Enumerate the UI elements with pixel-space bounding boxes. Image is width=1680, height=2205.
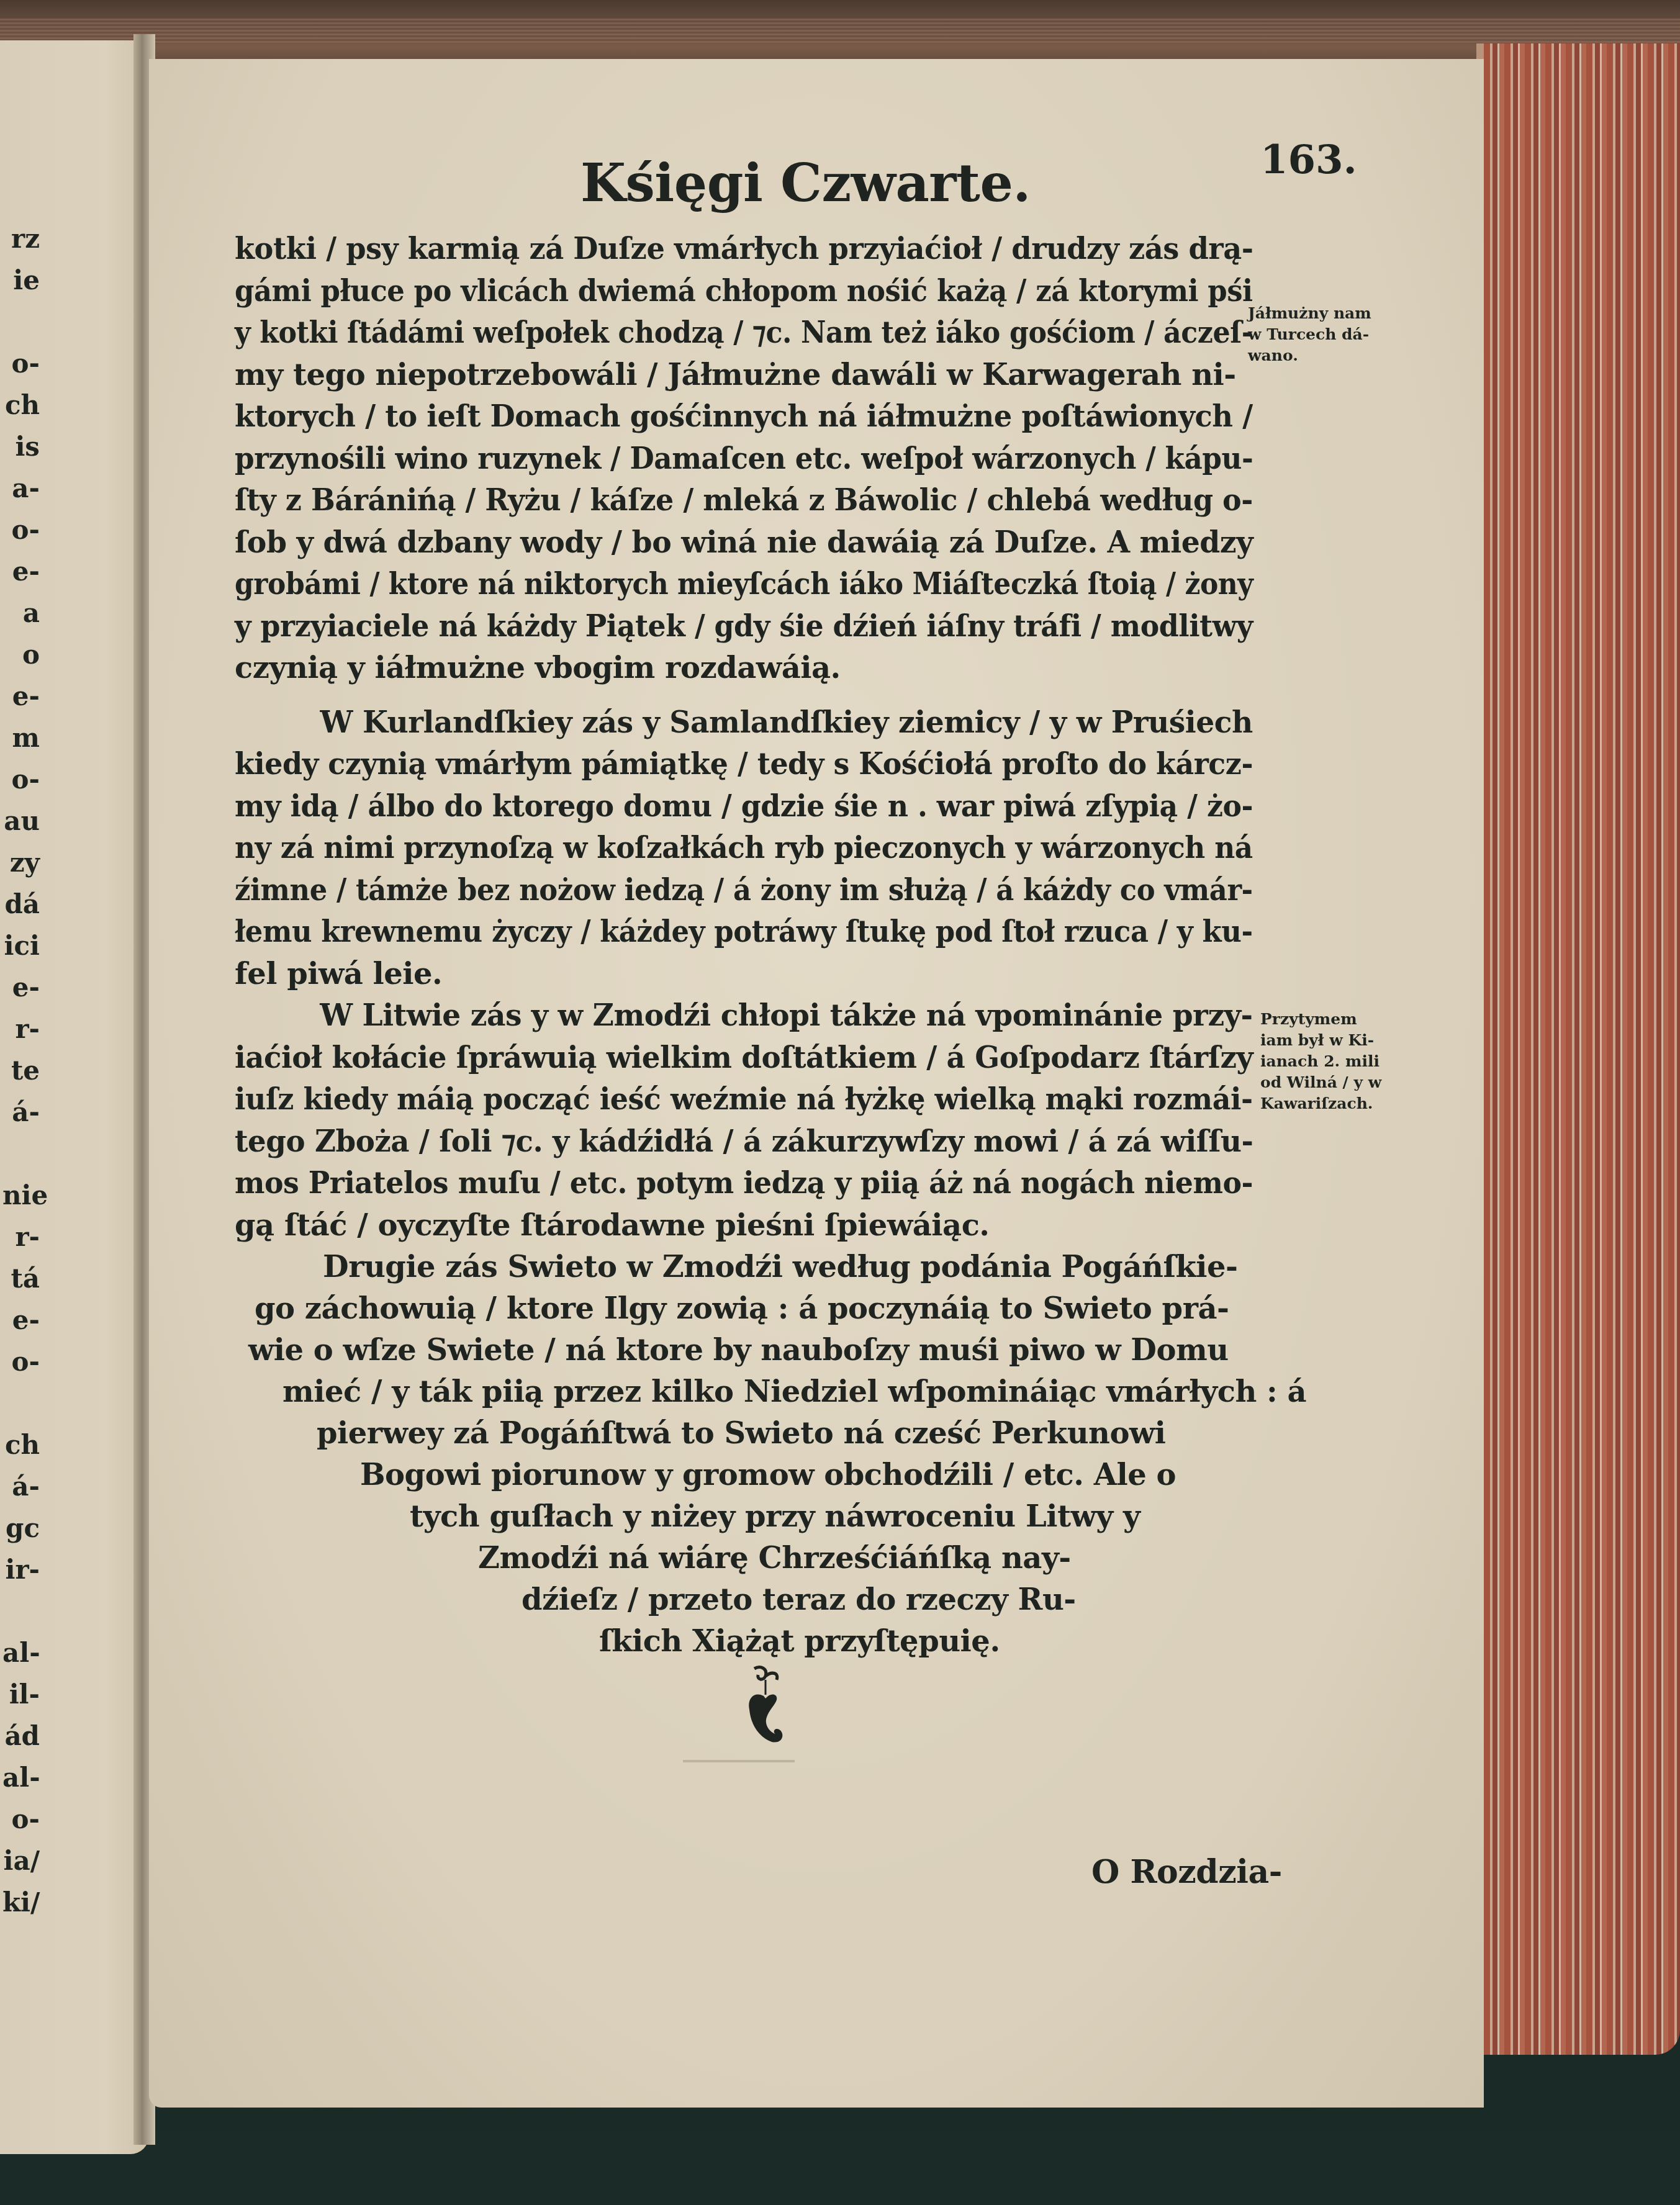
text-line: go záchowuią / ktore Ilgy zowią : á pocz… <box>248 1288 1242 1330</box>
left-page-fragment: m <box>2 723 40 753</box>
text-line: źimne / támże bez nożow iedzą / á żony i… <box>235 870 1186 912</box>
text-line: tego Zboża / ſoli ⁊c. y kádźidłá / á zák… <box>235 1121 1225 1163</box>
text-line: wie o wſze Swiete / ná ktore by nauboſzy… <box>248 1330 1242 1371</box>
text-line: kiedy czynią vmárłym pámiątkę / tedy s K… <box>235 744 1208 786</box>
text-line: gámi płuce po vlicách dwiemá chłopom noś… <box>235 271 1188 313</box>
text-line: pierwey zá Pogáńſtwá to Swieto ná cześć … <box>248 1413 1242 1454</box>
text-line: fel piwá leie. <box>235 954 1253 996</box>
paragraph-start: W Kurlandſkiey zás y Samlandſkiey ziemic… <box>235 702 1235 744</box>
text-line: dźieſz / przeto teraz do rzeczy Ru- <box>248 1579 1242 1621</box>
left-page-fragment: ir- <box>2 1554 40 1585</box>
text-line: kotki / psy karmią zá Duſze vmárłych prz… <box>235 228 1216 271</box>
left-page-fragment: e- <box>2 1305 40 1335</box>
left-page-fragment: á- <box>2 1097 40 1127</box>
left-page-fragment: ici <box>2 931 40 961</box>
page-block-fore-edge <box>1484 43 1680 2055</box>
left-page-fragment: r- <box>2 1222 40 1252</box>
text-line: ny zá nimi przynoſzą w koſzałkách ryb pi… <box>235 827 1198 870</box>
left-page-fragment: ch <box>2 390 40 420</box>
left-page-fragment: tá <box>2 1263 40 1294</box>
left-page-fragment: á- <box>2 1471 40 1502</box>
text-line: my idą / álbo do ktorego domu / gdzie śi… <box>235 786 1206 828</box>
left-page-fragment: e- <box>2 972 40 1003</box>
left-page-fragment: dá <box>2 889 40 919</box>
text-line: iuſz kiedy máią począć ieść weźmie ná ły… <box>235 1079 1210 1121</box>
margin-note-alms: Jáłmużny nam w Turcech dá- wano. <box>1248 303 1371 366</box>
left-page-fragment: o- <box>2 1804 40 1834</box>
left-page-fragment: ki/ <box>2 1887 40 1918</box>
left-page-fragment: o- <box>2 515 40 545</box>
left-page-fragment: o- <box>2 764 40 795</box>
text-line: ktorych / to ieſt Domach gośćinnych ná i… <box>235 396 1219 438</box>
left-page-fragment: il- <box>2 1679 40 1710</box>
left-page-fragment: zy <box>2 847 40 878</box>
text-line: mieć / y ták piią przez kilko Niedziel w… <box>248 1371 1242 1413</box>
text-line: ſkich Xiążąt przyſtępuię. <box>248 1621 1242 1662</box>
text-line: tych guſłach y niżey przy náwroceniu Lit… <box>248 1496 1242 1538</box>
left-page-fragment: ch <box>2 1430 40 1460</box>
catchword: O Rozdzia- <box>1091 1853 1282 1891</box>
text-line: my tego niepotrzebowáli / Jáłmużne dawál… <box>235 354 1253 397</box>
text-line: czynią y iáłmużne vbogim rozdawáią. <box>235 647 1253 690</box>
left-page-fragment: a- <box>2 473 40 503</box>
fleuron-ornament-icon <box>736 1664 792 1751</box>
text-line: y kotki ſtádámi weſpołek chodzą / ⁊c. Na… <box>235 312 1175 354</box>
main-text-block: kotki / psy karmią zá Duſze vmárłych prz… <box>235 228 1253 1247</box>
left-page-fragment: au <box>2 806 40 836</box>
book-photograph: rzieo-chisa-o-e-aoe-mo-auzydáicie-r-teá-… <box>0 0 1680 2205</box>
margin-note-kiejany: Przytymem iam był w Ki- ianach 2. mili o… <box>1260 1009 1381 1114</box>
left-page-fragment: al- <box>2 1638 40 1668</box>
left-page-fragment: ie <box>2 265 40 295</box>
left-page-fragment: e- <box>2 681 40 711</box>
left-page-fragment: gc <box>2 1513 40 1543</box>
left-page-fragment: o <box>2 639 40 670</box>
left-page-fragment: r- <box>2 1014 40 1044</box>
text-line: gą ſtáć / oyczyſte ſtárodawne pieśni ſpi… <box>235 1205 1253 1247</box>
top-binding-edge <box>0 0 1680 68</box>
text-line: mos Priatelos muſu / etc. potym iedzą y … <box>235 1163 1206 1205</box>
text-line: łemu krewnemu życzy / káżdey potráwy ſtu… <box>235 911 1186 954</box>
text-line: iaćioł kołácie ſpráwuią wielkim doſtátki… <box>235 1037 1227 1080</box>
left-page-fragment: rz <box>2 223 40 254</box>
text-line: ſob y dwá dzbany wody / bo winá nie dawá… <box>235 522 1238 564</box>
text-line: Bogowi piorunow y gromow obchodźili / et… <box>248 1454 1242 1496</box>
running-head: Kśięgi Czwarte. <box>580 152 1031 214</box>
ink-mark <box>683 1760 795 1762</box>
paragraph-start: W Litwie zás y w Zmodźi chłopi tákże ná … <box>235 995 1234 1037</box>
left-page-fragment: is <box>2 431 40 462</box>
left-page-fragment: e- <box>2 556 40 587</box>
text-line: y przyiaciele ná káżdy Piątek / gdy śie … <box>235 606 1206 648</box>
left-page-fragment: al- <box>2 1762 40 1793</box>
left-page-fragment: nie <box>2 1180 40 1211</box>
text-line: przynośili wino ruzynek / Damaſcen etc. … <box>235 438 1196 480</box>
paragraph-start: Drugie zás Swieto w Zmodźi według podáni… <box>248 1247 1242 1288</box>
left-page-fragment: te <box>2 1055 40 1086</box>
left-page-fragment: o- <box>2 1346 40 1377</box>
left-page-fragment: a <box>2 598 40 628</box>
left-page-fragment: ia/ <box>2 1846 40 1876</box>
dark-backdrop <box>0 2131 1680 2205</box>
tapered-paragraph: Drugie zás Swieto w Zmodźi według podáni… <box>248 1247 1242 1662</box>
text-line: ſty z Báránińą / Ryżu / káſze / mleká z … <box>235 480 1210 522</box>
text-line: grobámi / ktore ná niktorych mieyſcách i… <box>235 564 1168 606</box>
left-page-fragment: o- <box>2 348 40 379</box>
page-number: 163. <box>1260 137 1357 183</box>
left-page-fragment: ád <box>2 1721 40 1751</box>
text-line: Zmodźi ná wiárę Chrześćiáńſką nay- <box>248 1538 1242 1579</box>
